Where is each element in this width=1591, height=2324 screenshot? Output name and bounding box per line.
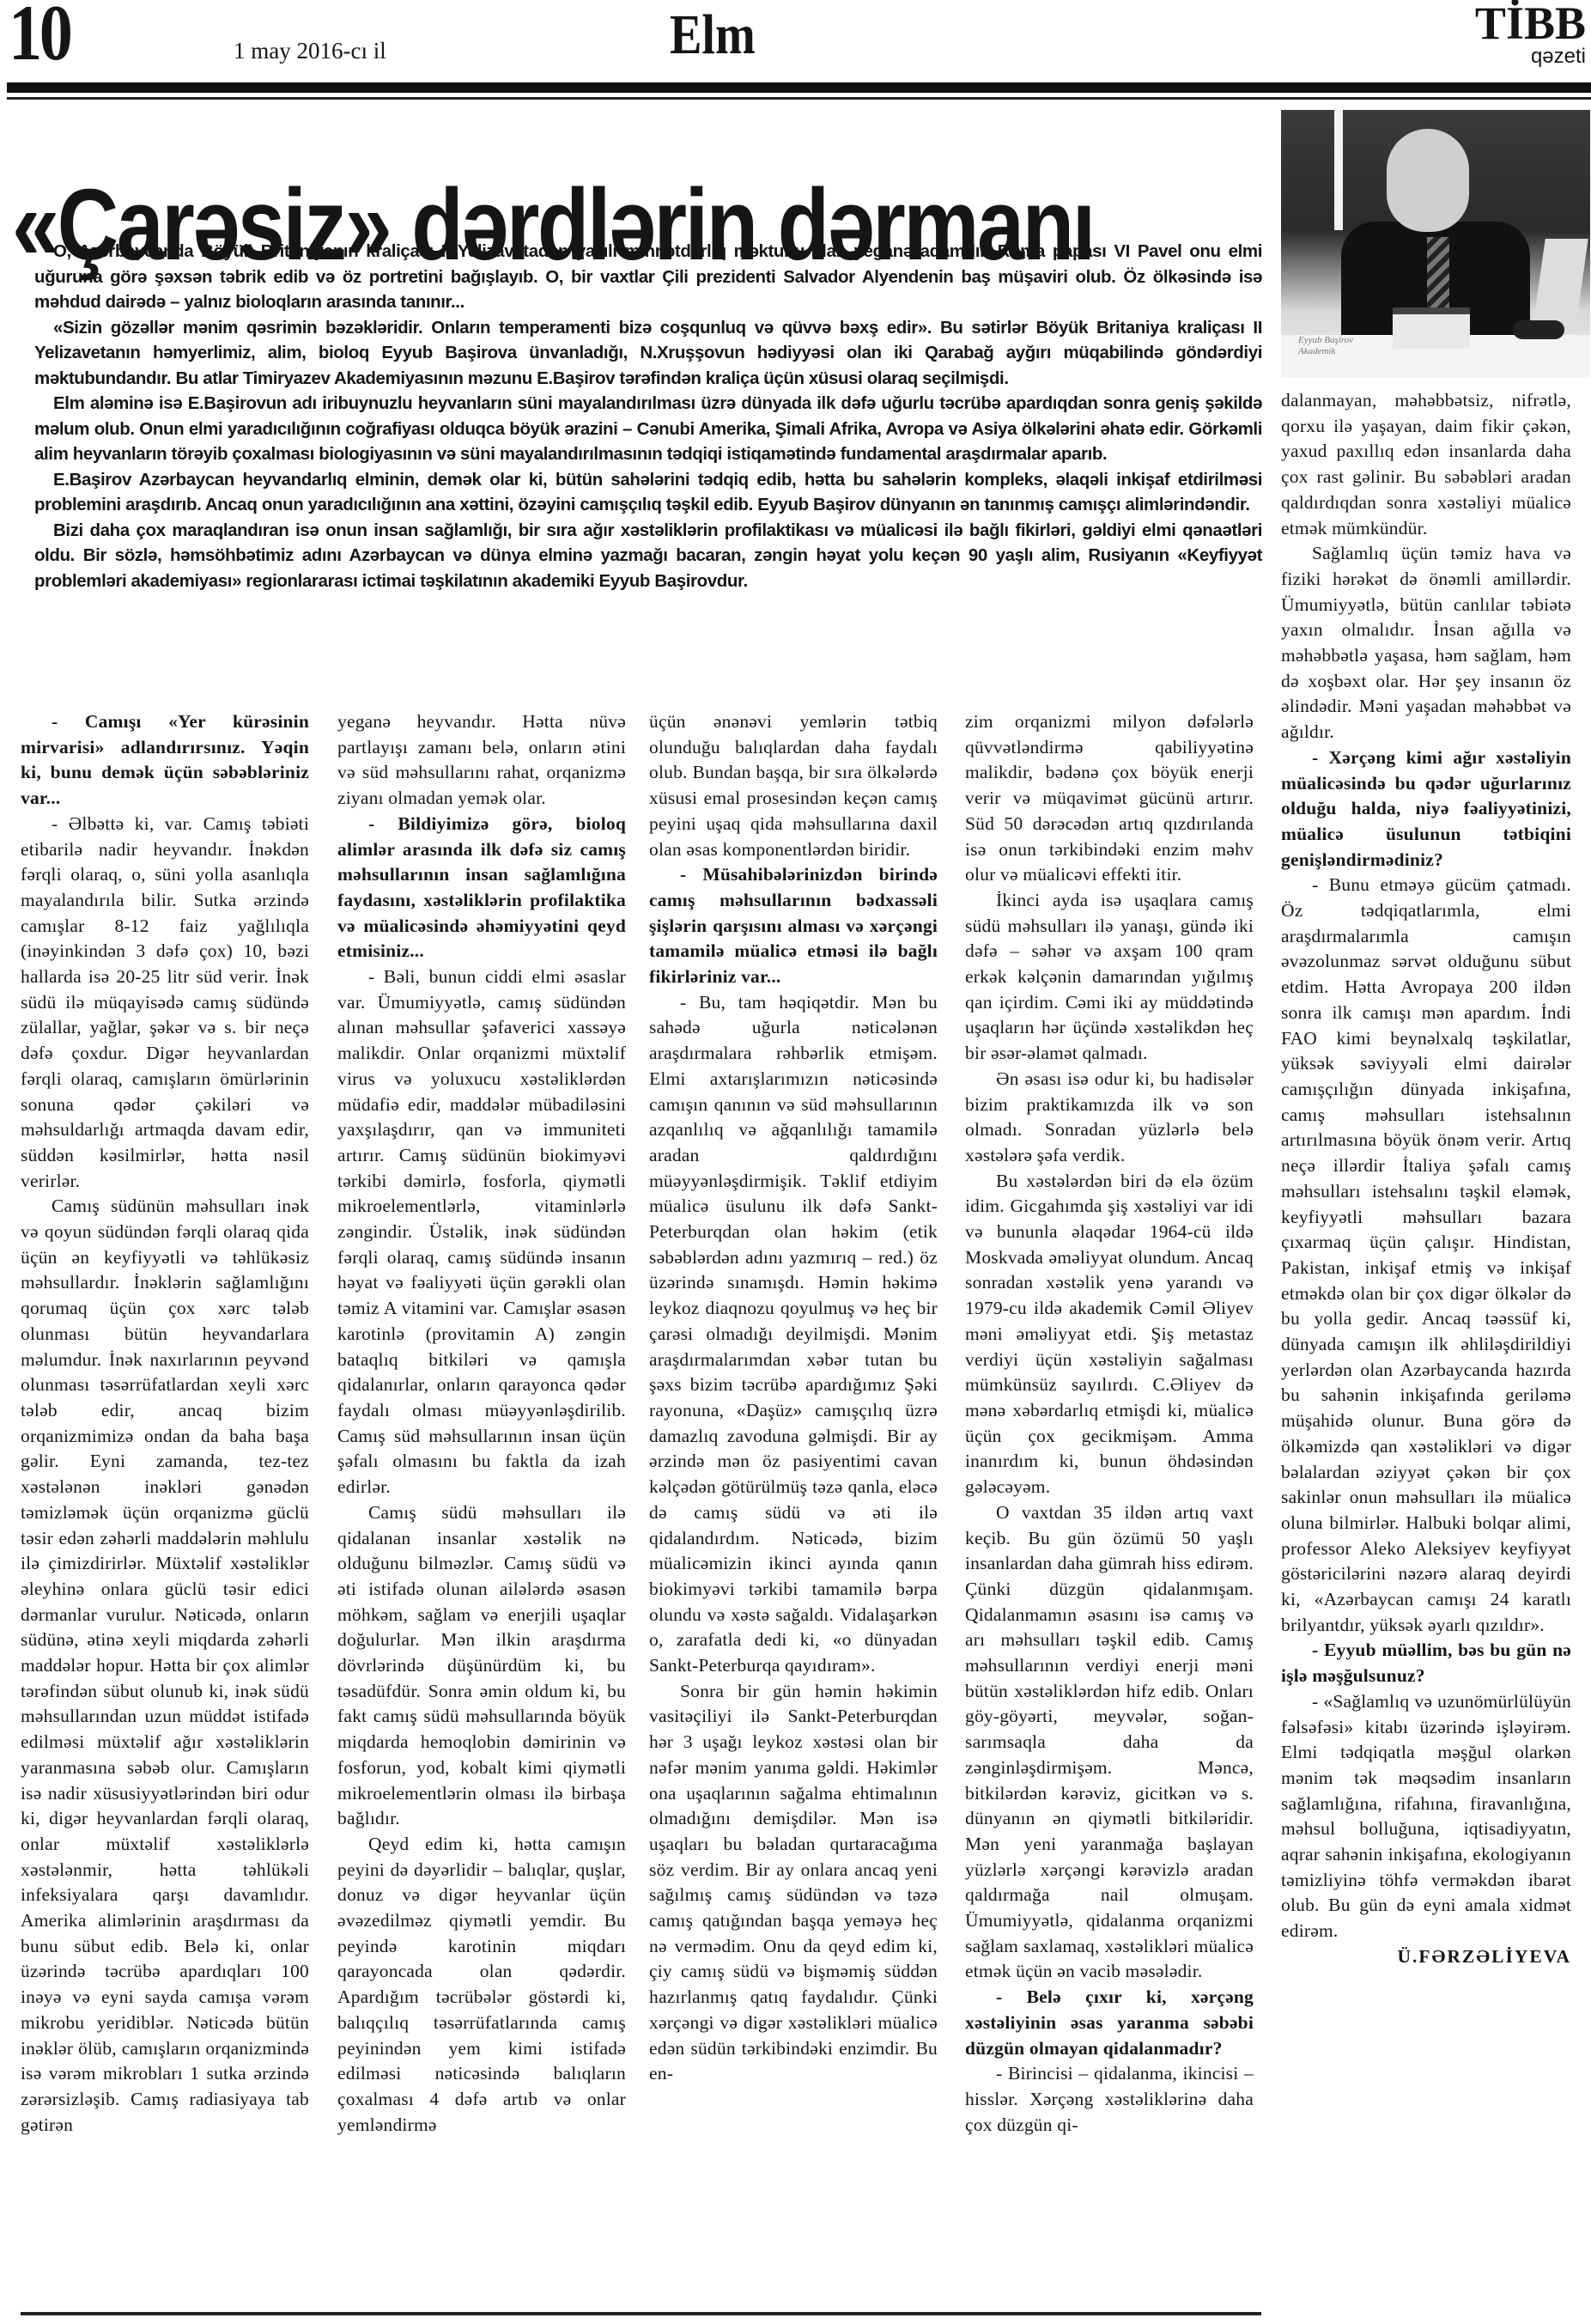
body-paragraph: O vaxtdan 35 ildən artıq vaxt keçib. Bu … bbox=[965, 1500, 1254, 1985]
interview-answer: - Bəli, bunun ciddi elmi əsaslar var. Üm… bbox=[337, 964, 626, 1500]
newspaper-logo: TİBB qəzeti bbox=[1475, 0, 1586, 69]
lead-paragraph: Bizi daha çox maraqlandıran isə onun ins… bbox=[34, 518, 1262, 594]
interview-answer: - Bunu etməyə gücüm çatmadı. Öz tədqiqat… bbox=[1281, 873, 1571, 1638]
interview-question: - Eyyub müəllim, bəs bu gün nə işlə məşğ… bbox=[1281, 1638, 1571, 1688]
photo-name-plate bbox=[1393, 307, 1470, 349]
body-paragraph: Ən əsası isə odur ki, bu hadisələr bizim… bbox=[965, 1067, 1254, 1169]
lead-paragraph: «Sizin gözəllər mənim qəsrimin bəzəkləri… bbox=[34, 315, 1262, 392]
body-paragraph: Bu xəstələrdən biri də elə özüm idim. Gi… bbox=[965, 1169, 1254, 1500]
body-paragraph-continued: üçün ənənəvi yemlərin tətbiq olunduğu ba… bbox=[649, 709, 938, 862]
issue-date: 1 may 2016-cı il bbox=[234, 38, 386, 64]
masthead-rule-thick bbox=[7, 82, 1591, 93]
interview-answer: - «Sağlamlıq və uzunömürlülüyün fəlsəfəs… bbox=[1281, 1689, 1571, 1944]
photo-flag bbox=[1532, 239, 1588, 333]
body-paragraph: Camış südünün məhsulları inək və qoyun s… bbox=[21, 1194, 309, 2138]
article-column-2: yeganə heyvandır. Hətta nüvə partlayışı … bbox=[337, 709, 626, 2138]
interview-question: - Xərçəng kimi ağır xəstəliyin müalicəsi… bbox=[1281, 745, 1571, 873]
photo-person-head bbox=[1387, 129, 1469, 232]
body-paragraph-continued: zim orqanizmi milyon dəfələrlə qüvvətlən… bbox=[965, 709, 1254, 888]
body-paragraph: Qeyd edim ki, hətta camışın peyini də də… bbox=[337, 1832, 626, 2138]
photo-caption-name: Eyyub Başirov bbox=[1298, 335, 1353, 346]
body-paragraph-continued: yeganə heyvandır. Hətta nüvə partlayışı … bbox=[337, 709, 626, 812]
interview-answer: - Birincisi – qidalanma, ikincisi – hiss… bbox=[965, 2061, 1254, 2138]
interview-answer: - Əlbəttə ki, var. Camış təbiəti etibari… bbox=[21, 812, 309, 1195]
interview-question: - Camışı «Yer kürəsinin mirvarisi» adlan… bbox=[21, 709, 309, 812]
masthead-rule-thin bbox=[7, 97, 1591, 100]
article-column-3: üçün ənənəvi yemlərin tətbiq olunduğu ba… bbox=[649, 709, 938, 2087]
masthead: 10 1 may 2016-cı il Elm TİBB qəzeti bbox=[0, 0, 1591, 94]
author-byline: Ü.FƏRZƏLİYEVA bbox=[1281, 1944, 1571, 1970]
body-paragraph-continued: dalanmayan, məhəbbətsiz, nifrətlə, qorxu… bbox=[1281, 388, 1571, 541]
body-paragraph: Sağlamlıq üçün təmiz hava və fiziki hərə… bbox=[1281, 541, 1571, 745]
article-column-5: dalanmayan, məhəbbətsiz, nifrətlə, qorxu… bbox=[1281, 388, 1571, 1970]
photo-person-tie bbox=[1427, 237, 1449, 314]
portrait-photo: Eyyub Başirov Akademik bbox=[1281, 110, 1590, 378]
bottom-rule bbox=[21, 2312, 1261, 2315]
interview-answer: - Bu, tam həqiqətdir. Mən bu sahədə uğur… bbox=[649, 990, 938, 1679]
article-column-1: - Camışı «Yer kürəsinin mirvarisi» adlan… bbox=[21, 709, 309, 2138]
photo-caption: Eyyub Başirov Akademik bbox=[1298, 335, 1353, 357]
brand-name: TİBB bbox=[1475, 0, 1586, 46]
microphone-icon bbox=[1513, 320, 1564, 339]
interview-question: - Müsahibələrinizdən birində camış məhsu… bbox=[649, 862, 938, 990]
lead-paragraph: O, Azərbaycanda Böyük Britaniyanın krali… bbox=[34, 239, 1262, 315]
body-paragraph: İkinci ayda isə uşaqlara camış südü məhs… bbox=[965, 888, 1254, 1067]
body-paragraph: Camış südü məhsulları ilə qidalanan insa… bbox=[337, 1500, 626, 1832]
interview-question: - Belə çıxır ki, xərçəng xəstəliyinin əs… bbox=[965, 1985, 1254, 2061]
page-number: 10 bbox=[9, 0, 70, 72]
body-paragraph: Sonra bir gün həmin həkimin vasitəçiliyi… bbox=[649, 1679, 938, 2087]
photo-caption-title: Akademik bbox=[1298, 346, 1353, 357]
section-title: Elm bbox=[670, 7, 756, 64]
photo-background-pole bbox=[1334, 110, 1343, 230]
interview-question: - Bildiyimizə görə, bioloq alimlər arası… bbox=[337, 812, 626, 964]
article-column-4: zim orqanizmi milyon dəfələrlə qüvvətlən… bbox=[965, 709, 1254, 2138]
lead-paragraph: Elm aləminə isə E.Başirovun adı iribuynu… bbox=[34, 391, 1262, 467]
article-lead: O, Azərbaycanda Böyük Britaniyanın krali… bbox=[34, 239, 1262, 593]
lead-paragraph: E.Başirov Azərbaycan heyvandarlıq elmini… bbox=[34, 467, 1262, 518]
